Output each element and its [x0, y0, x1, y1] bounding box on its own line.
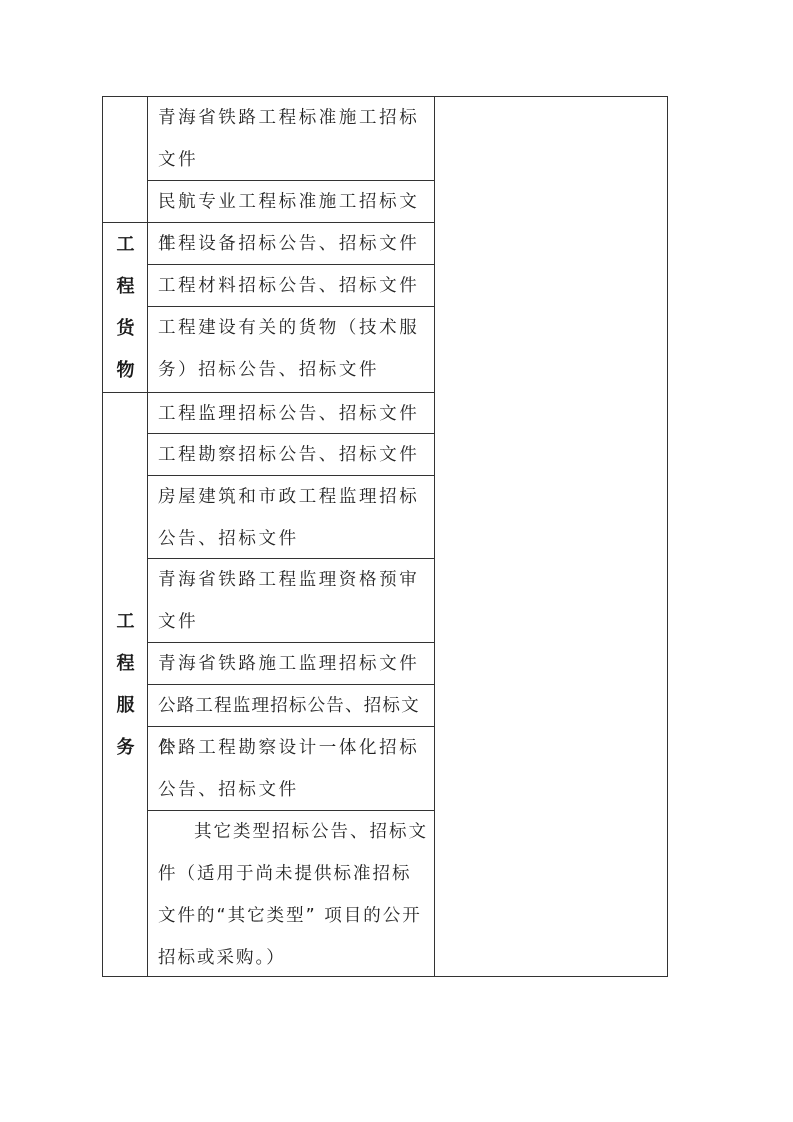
table-cell: 公路工程监理招标公告、招标文件: [149, 685, 435, 726]
table-cell: 青海省铁路工程监理资格预审文件: [149, 559, 435, 642]
table-cell: 公路工程勘察设计一体化招标公告、招标文件: [149, 727, 435, 810]
table-cell: 工程设备招标公告、招标文件: [149, 223, 435, 264]
notes-column-cell: [436, 97, 667, 976]
category-char: 务: [117, 727, 135, 769]
category-char: 工: [117, 224, 135, 266]
category-char: 货: [117, 308, 135, 350]
category-char: 程: [117, 266, 135, 308]
category-char: 服: [117, 685, 135, 727]
table-cell: 房屋建筑和市政工程监理招标公告、招标文件: [149, 476, 435, 558]
category-label-engineering-services: 工 程 服 务: [103, 393, 148, 977]
category-char: 程: [117, 643, 135, 685]
table-cell: 其它类型招标公告、招标文件（适用于尚未提供标准招标文件的“其它类型” 项目的公开…: [149, 811, 435, 977]
category-char: 工: [117, 601, 135, 643]
table-cell: 工程建设有关的货物（技术服务）招标公告、招标文件: [149, 307, 435, 392]
table-cell: 青海省铁路施工监理招标文件: [149, 643, 435, 684]
category-label-engineering-goods: 工 程 货 物: [103, 223, 148, 392]
category-char: 物: [117, 350, 135, 392]
table-cell: 工程材料招标公告、招标文件: [149, 265, 435, 306]
table-cell: 工程监理招标公告、招标文件: [149, 393, 435, 433]
document-table: 青海省铁路工程标准施工招标文件 民航专业工程标准施工招标文件 工 程 货 物 工…: [102, 96, 668, 977]
table-cell: 青海省铁路工程标准施工招标文件: [149, 97, 435, 180]
table-cell: 民航专业工程标准施工招标文件: [149, 181, 435, 222]
table-cell: 工程勘察招标公告、招标文件: [149, 434, 435, 475]
